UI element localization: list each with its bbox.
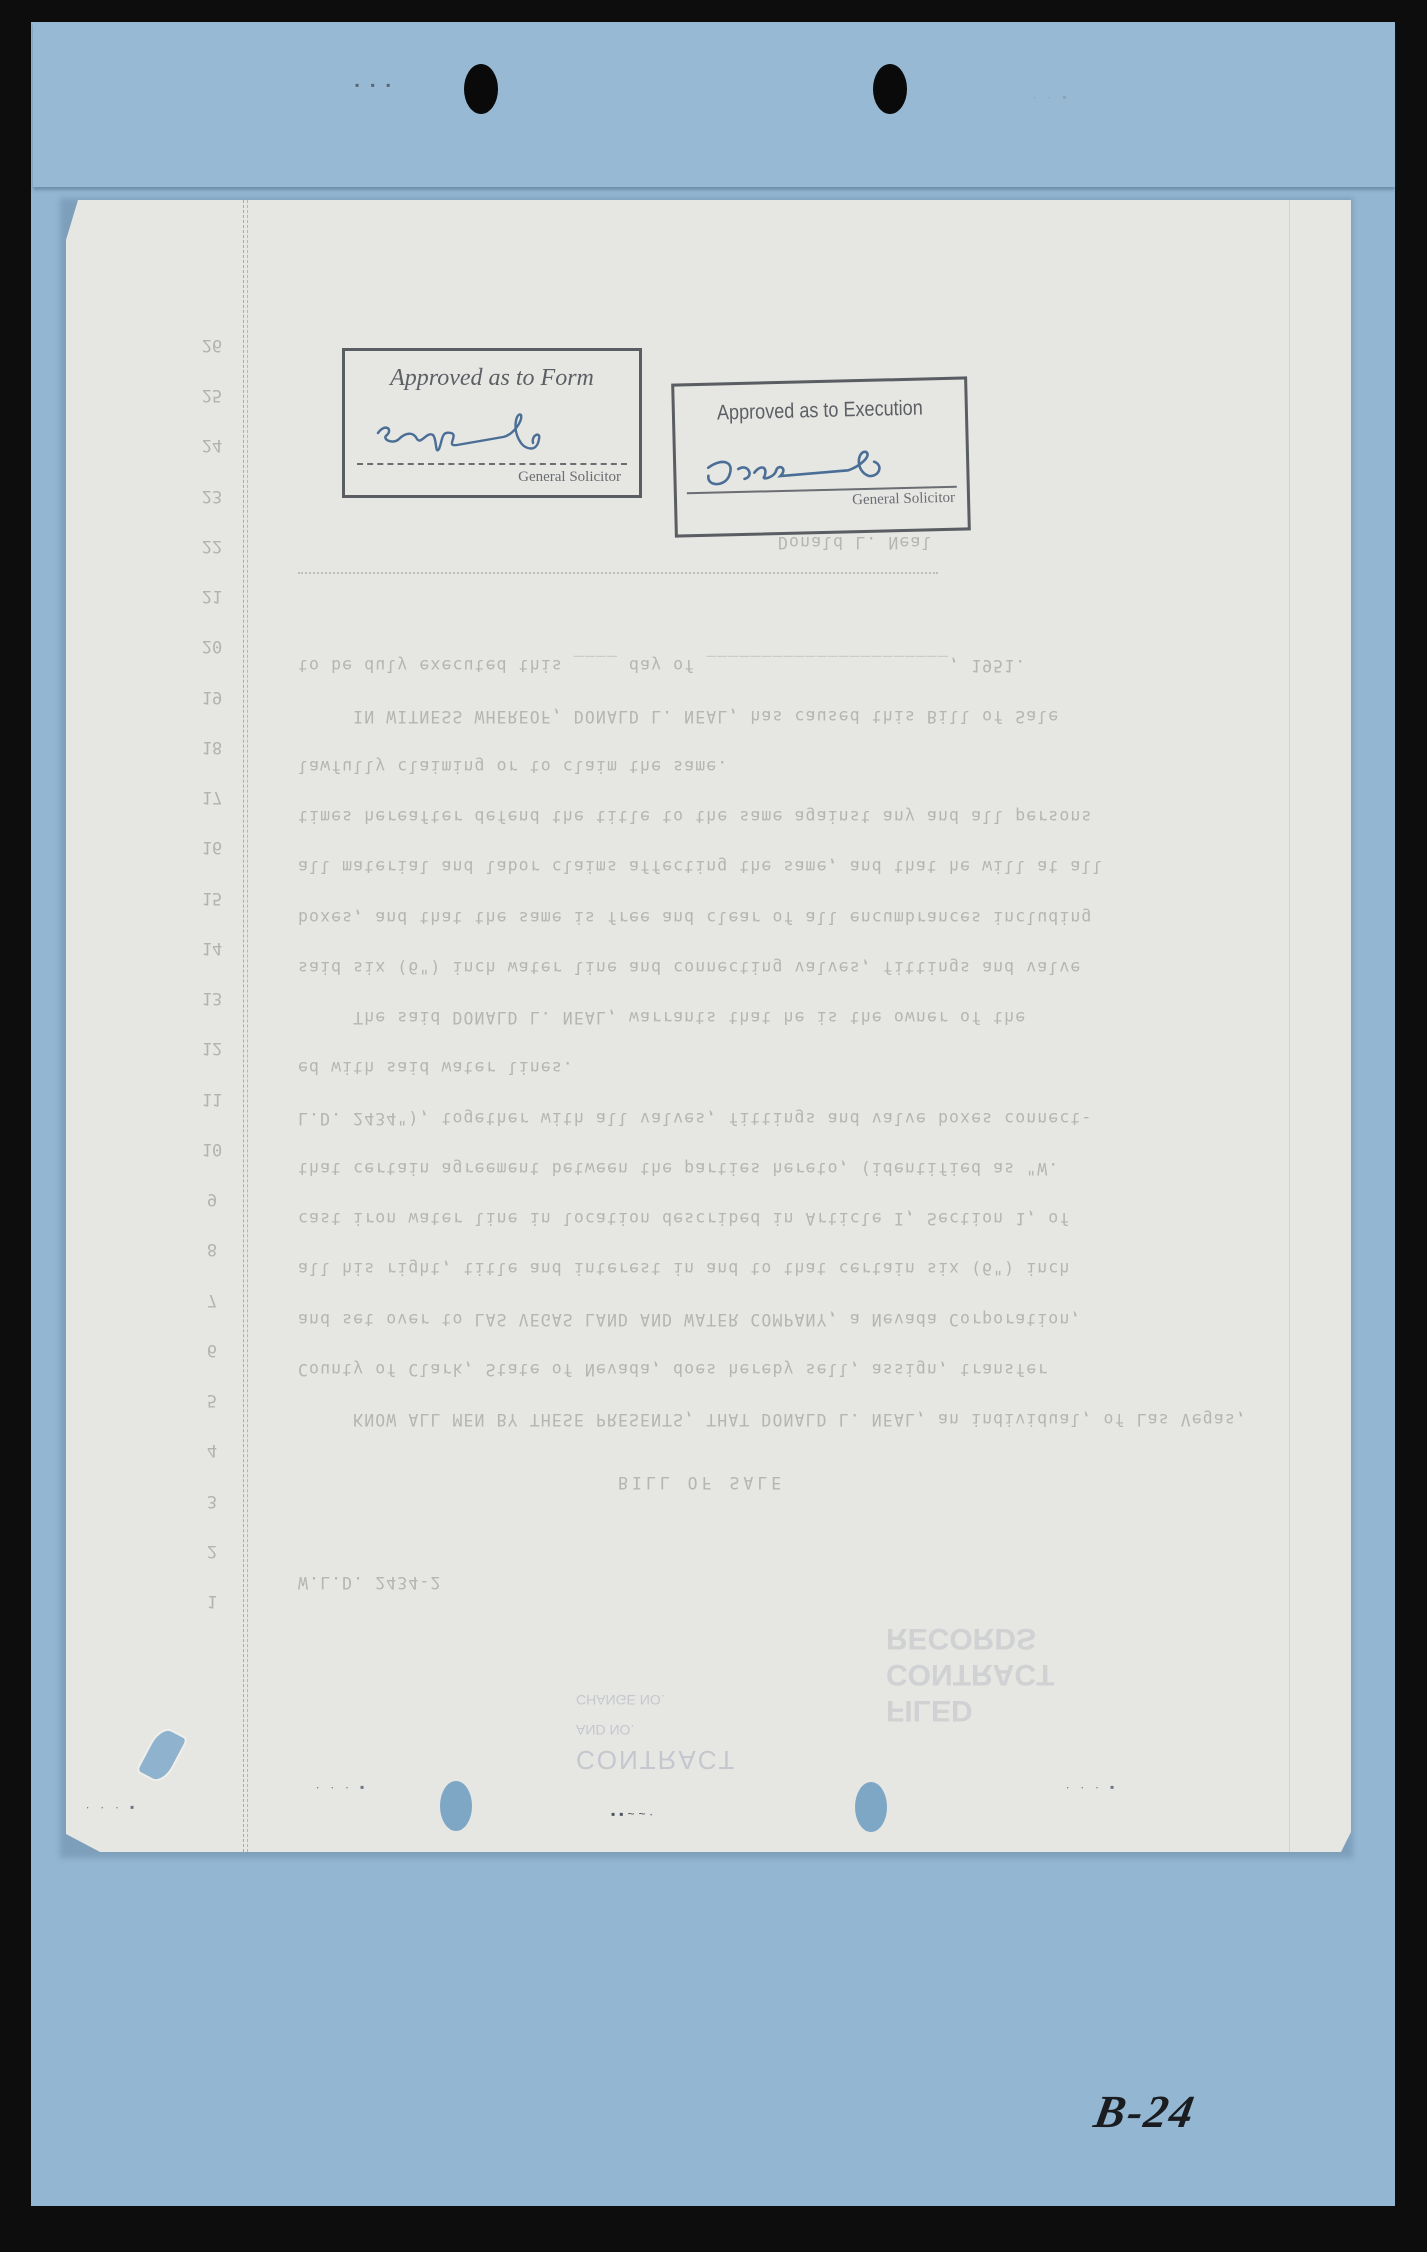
- faint-filed-stamp: FILED CONTRACT RECORDS: [886, 1620, 1054, 1728]
- line-number: 9: [192, 1189, 232, 1209]
- line-number: 20: [192, 636, 232, 656]
- right-margin-rule: [1289, 200, 1293, 1852]
- line-number: 21: [192, 586, 232, 606]
- faint-stamp-line: CONTRACT: [886, 1656, 1054, 1692]
- signatory-line: [298, 572, 938, 574]
- punch-hole-bottom-left: [440, 1781, 472, 1831]
- line-number: 18: [192, 737, 232, 757]
- line-number: 22: [192, 536, 232, 556]
- bleed-line: boxes, and that the same is free and cle…: [298, 908, 1092, 927]
- bleed-line: lawfully claiming or to claim the same.: [298, 757, 728, 776]
- line-number: 23: [192, 486, 232, 506]
- faint-contract-stamp: CONTRACT AND NO. CHANGE NO.: [576, 1685, 736, 1775]
- catalog-number: B-24: [1090, 2085, 1199, 2138]
- bleed-line: cast iron water line in location describ…: [298, 1209, 1070, 1228]
- line-number: 15: [192, 888, 232, 908]
- left-margin-rule: [243, 200, 248, 1852]
- line-number: 7: [192, 1290, 232, 1310]
- bleed-line: KNOW ALL MEN BY THESE PRESENTS, THAT DON…: [298, 1410, 1247, 1429]
- line-number: 11: [192, 1089, 232, 1109]
- bleed-line: ed with said water lines.: [298, 1058, 574, 1077]
- line-number: 5: [192, 1390, 232, 1410]
- line-number: 16: [192, 837, 232, 857]
- stamp-title: Approved as to Form: [345, 365, 639, 392]
- faint-stamp-line: CHANGE NO.: [576, 1685, 736, 1715]
- paper-debris: ∙ ∙ ∙ ▪: [316, 1780, 368, 1794]
- bleed-line: The said DONALD L. NEAL, warrants that h…: [298, 1008, 1026, 1027]
- punch-hole-right: [873, 64, 907, 114]
- paper-debris-right: ∙ ∙ ▪: [1033, 90, 1071, 104]
- faint-stamp-line: AND NO.: [576, 1715, 736, 1745]
- line-number: 2: [192, 1541, 232, 1561]
- bleed-through-text: W.L.D. 2434-2 BILL OF SALE KNOW ALL MEN …: [298, 392, 1218, 1722]
- paper-debris: ∙ ∙ ∙ ▪: [86, 1800, 138, 1814]
- bleed-line: said six (6") inch water line and connec…: [298, 958, 1081, 977]
- line-number: 13: [192, 988, 232, 1008]
- backing-top-flap: ▪ ▪ ▪ ∙ ∙ ▪: [33, 22, 1395, 187]
- punch-hole-left: [464, 64, 498, 114]
- bleed-line: to be duly executed this ____ day of ___…: [298, 656, 1026, 675]
- line-number: 12: [192, 1038, 232, 1058]
- reference-number: W.L.D. 2434-2: [298, 1573, 441, 1592]
- bleed-line: L.D. 2434"), together with all valves, f…: [298, 1109, 1092, 1128]
- punch-hole-bottom-right: [855, 1782, 887, 1832]
- paper-debris: ∙ ∙ ∙ ▪: [1066, 1780, 1118, 1794]
- line-number: 14: [192, 938, 232, 958]
- line-number: 1: [192, 1591, 232, 1611]
- line-number: 6: [192, 1340, 232, 1360]
- bleed-line: IN WITNESS WHEREOF, DONALD L. NEAL, has …: [298, 707, 1059, 726]
- line-number: 25: [192, 385, 232, 405]
- bleed-line: times hereafter defend the title to the …: [298, 807, 1092, 826]
- bleed-line: County of Clark, State of Nevada, does h…: [298, 1360, 1048, 1379]
- bleed-title: BILL OF SALE: [618, 1473, 785, 1492]
- line-number: 19: [192, 687, 232, 707]
- line-number: 10: [192, 1139, 232, 1159]
- bleed-line: all his right, title and interest in and…: [298, 1259, 1070, 1278]
- bleed-line: and set over to LAS VEGAS LAND AND WATER…: [298, 1310, 1081, 1329]
- faint-stamp-line: RECORDS: [886, 1620, 1054, 1656]
- line-number: 3: [192, 1491, 232, 1511]
- document-page: 26 25 24 23 22 21 20 19 18 17 16 15 14 1…: [66, 200, 1351, 1852]
- faint-stamp-line: FILED: [886, 1692, 1054, 1728]
- bleed-line: all material and labor claims affecting …: [298, 857, 1103, 876]
- line-number: 26: [192, 335, 232, 355]
- faint-stamp-line: CONTRACT: [576, 1745, 736, 1775]
- line-number: 8: [192, 1239, 232, 1259]
- paper-debris: ▪▪~~∙: [611, 1807, 657, 1821]
- bleed-line: that certain agreement between the parti…: [298, 1159, 1059, 1178]
- signatory-name: Donald L. Neal: [778, 533, 932, 552]
- line-number: 17: [192, 787, 232, 807]
- line-number: 4: [192, 1440, 232, 1460]
- line-number: 24: [192, 435, 232, 455]
- paper-debris-left: ▪ ▪ ▪: [355, 78, 394, 92]
